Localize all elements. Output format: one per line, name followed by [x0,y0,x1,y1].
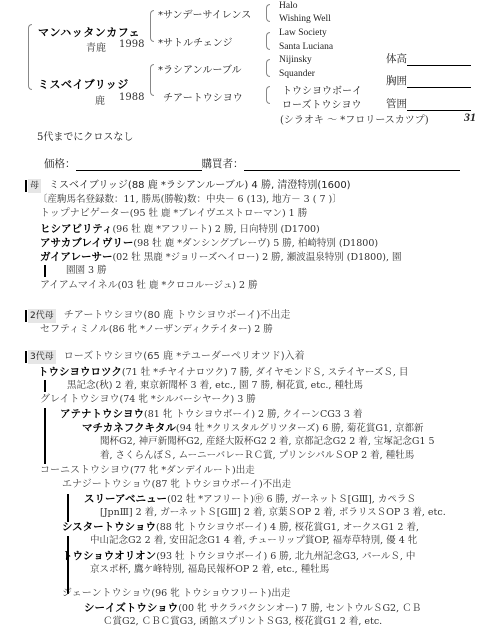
tree-line [44,408,46,464]
list-item-cont: Ｃ賞G2, ＣＢＣ賞G3, 函館スプリントＳG3, 桜花賞G1 2 着, etc… [103,615,382,629]
list-item-cont: 中山記念G2 2 着, 安田記念G1 4 着, チューリップ賞OP, 福寿草特別… [90,534,417,548]
sire-parents-bracket [150,10,154,42]
dam3-header: 3代母ローズトウシヨウ(65 鹿 *テユーダーペリオツド)入着 [28,350,305,364]
sale-row: 価格：購買者： [44,156,460,171]
dam2-badge: 2代母 [28,309,56,323]
buyer-label: 購買者： [202,158,244,170]
dam3-title: ローズトウシヨウ(65 鹿 *テユーダーペリオツド)入着 [64,351,305,362]
list-item: スリーアベニュー(02 牡 *アフリート)㊥ 6 勝, ガーネットＳ[GⅢ], … [84,492,416,507]
cross-note: 5代までにクロスなし [37,128,133,143]
sire-year: 1998 [119,39,144,50]
list-item: トウシヨウロツク(71 牡 *チヤイナロツク) 7 勝, ダイヤモンドＳ, ステ… [38,365,408,380]
gen3-bracket-2 [266,32,270,50]
dam-badge: 母 [28,179,41,193]
buyer-field[interactable] [244,159,460,171]
height-field[interactable] [407,54,471,66]
list-item: マチカネフクキタル(94 牡 *クリスタルグリツターズ) 6 勝, 菊花賞G1,… [82,421,424,436]
list-item: グレイトウシヨウ(74 牝 *シルバーシヤーク) 3 勝 [40,393,256,407]
list-item: コーニストウシヨウ(77 牝 *ダンデイルート)出走 [40,464,255,478]
list-item-cont: 園園 3 勝 [66,264,107,278]
dam-title: ミスベイブリッジ(88 鹿 *ラシアンルーブル) 4 勝, 清澄特別(1600) [49,180,351,191]
list-item: ヒシアビリティ(96 牡 鹿 *アフリート) 2 勝, 日向特別 (D1700) [40,222,320,237]
gen3-7: トウシヨウボーイ [282,82,362,97]
gen3-8: ローズトウシヨウ [282,96,362,111]
dam2-section-bar [25,310,27,322]
list-item-cont: 黒記念(秋) 2 着, 東京新聞杯 3 着, etc., 園 7 勝, 桐花賞,… [67,379,363,393]
dam-color: 鹿 [95,92,105,107]
girth-label: 胸囲 [386,75,407,87]
list-item: アサカブレイヴリー(98 牡 鹿 *ダンシングブレーヴ) 5 勝, 柏崎特別 (… [40,236,378,251]
list-item: アテナトウシヨウ(81 牝 トウシヨウボーイ) 2 勝, クイーンCG3 3 着 [60,407,363,422]
dam-header: 母ミスベイブリッジ(88 鹿 *ラシアンルーブル) 4 勝, 清澄特別(1600… [28,179,351,193]
price-label: 価格： [44,158,76,170]
dam-section-bar [25,180,27,192]
gen3-4: Santa Luciana [279,42,333,52]
dam-stats: 〔産駒馬名登録数：11, 勝馬(勝鞍)数：中央－ 6 (13), 地方－ 3 (… [38,193,342,207]
sire-sire: *サンデーサイレンス [158,6,251,21]
sire-dam-bracket [28,24,32,90]
dam-sire: *ラシアンルーブル [158,61,241,76]
tree-line [67,494,69,522]
list-item: アイアムマイネル(03 牡 鹿 *クロコルージュ) 2 勝 [40,279,258,293]
girth-field[interactable] [407,76,471,88]
dam2-header: 2代母チアートウシヨウ(80 鹿 トウシヨウボーイ)不出走 [28,309,290,323]
cannon-field[interactable] [407,99,471,111]
dam-parents-bracket [150,64,154,96]
gen3-3: Law Society [279,28,327,38]
height-label: 体高 [386,53,407,65]
list-item-cont: 京スポ杯, 鷹ケ峰特別, 福島民報杯OP 2 着, etc., 種牡馬 [90,563,329,577]
sire-dam: *サトルチェンジ [158,34,232,49]
list-item-cont: [JpnⅢ] 2 着, ガーネットＳ[GⅢ] 2 着, 京葉ＳOP 2 着, ポ… [100,506,446,520]
dam3-section-bar [25,351,27,363]
list-item: トップナビゲーター(95 牡 鹿 *ブレイヴエストローマン) 1 勝 [40,207,307,221]
sire-color: 青鹿 [86,39,106,54]
gen3-6: Squander [279,69,315,79]
dam3-badge: 3代母 [28,350,56,364]
list-item: ジェーントウショウ(96 牝 トウショウフリート)出走 [62,587,290,601]
gen3-bracket-3 [266,59,270,77]
sire-name: マンハッタンカフェ [38,24,140,40]
family-note: (シラオキ ～ *フロリースカツプ) [280,111,429,126]
gen3-bracket-1 [266,4,270,22]
gen3-bracket-4 [266,86,270,104]
list-item: ガイアレーサー(02 牡 黒鹿 *ジョリーズヘイロー) 2 勝, 瀬波温泉特別 … [40,250,402,265]
list-item-cont: 着, さくらんぼＳ, ムーニーバレーＲＣ賞, プリンシパルＳOP 2 着, 種牡… [100,449,414,463]
tree-line [44,265,46,277]
list-item: エナジートウショウ(87 牝 トウシヨウボーイ)不出走 [62,478,291,492]
page-number: 31 [464,110,476,125]
tree-line [67,536,69,594]
dam-name: ミスベイブリッジ [38,76,129,92]
gen3-2: Wishing Well [279,14,331,24]
dam-dam: チアートウシヨウ [163,89,243,104]
list-item: トウショウオリオン(93 牡 トウシヨウボーイ) 6 勝, 北九州記念G3, パ… [62,549,415,564]
list-item: セフティミノル(86 牝 *ノーザンディクテイター) 2 勝 [40,323,273,337]
list-item: シーイズトウショウ(00 牝 サクラバクシンオー) 7 勝, セントウルＳG2,… [84,601,421,616]
list-item-cont: 聞杯G2, 神戸新聞杯G2, 産経大阪杯G2 2 着, 京都記念G2 2 着, … [100,435,435,449]
tree-line [44,380,46,392]
dam-year: 1988 [119,92,144,103]
price-field[interactable] [76,159,202,171]
gen3-1: Halo [279,1,297,11]
cannon-label: 管囲 [386,98,407,110]
gen3-5: Nijinsky [279,55,312,65]
dam2-title: チアートウシヨウ(80 鹿 トウシヨウボーイ)不出走 [64,310,291,321]
list-item: シスタートウショウ(88 牝 トウシヨウボーイ) 4 勝, 桜花賞G1, オーク… [62,520,419,535]
